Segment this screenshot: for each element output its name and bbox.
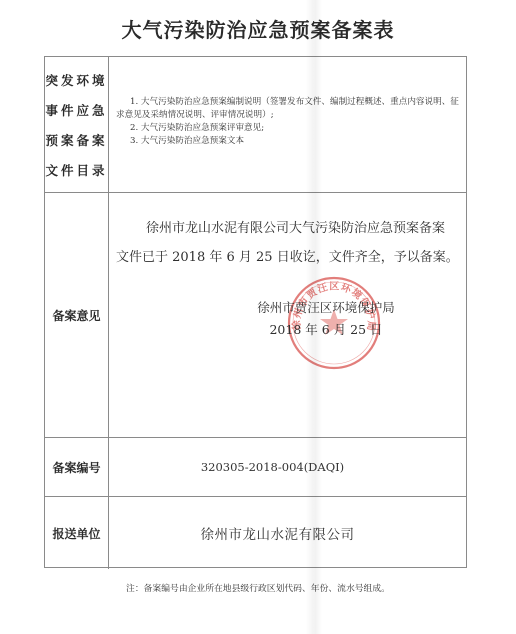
filing-number-value: 320305-2018-004(DAQI): [201, 460, 344, 474]
signature-org: 徐州市贾汪区环境保护局: [241, 297, 411, 319]
label-filing-opinion: 备案意见: [45, 193, 109, 437]
footnote: 注：备案编号由企业所在地县级行政区划代码、年份、流水号组成。: [0, 581, 516, 594]
signature-block: 徐州市贾汪区环境保护局 2018 年 6 月 25 日: [241, 297, 411, 341]
directory-item: 2. 大气污染防治应急预案评审意见;: [116, 122, 460, 135]
label-document-directory: 突发环境 事件应急 预案备案 文件目录: [45, 57, 109, 192]
label-line: 事件应急: [45, 101, 107, 119]
row-document-directory: 突发环境 事件应急 预案备案 文件目录 1. 大气污染防治应急预案编制说明（签署…: [45, 57, 466, 193]
content-filing-number: 320305-2018-004(DAQI): [109, 438, 466, 496]
label-line: 突发环境: [45, 71, 107, 89]
row-filing-number: 备案编号 320305-2018-004(DAQI): [45, 438, 466, 497]
row-submitting-unit: 报送单位 徐州市龙山水泥有限公司: [45, 497, 466, 569]
content-filing-opinion: 徐州市龙山水泥有限公司大气污染防治应急预案备案 文件已于 2018 年 6 月 …: [109, 193, 466, 437]
document-title: 大气污染防治应急预案备案表: [0, 14, 516, 43]
directory-item: 1. 大气污染防治应急预案编制说明（签署发布文件、编制过程概述、重点内容说明、征…: [116, 96, 460, 122]
label-filing-number: 备案编号: [45, 438, 109, 496]
submitting-unit-value: 徐州市龙山水泥有限公司: [201, 527, 355, 543]
opinion-line: 文件已于 2018 年 6 月 25 日收讫，文件齐全，予以备案。: [116, 243, 462, 272]
row-filing-opinion: 备案意见 徐州市龙山水泥有限公司大气污染防治应急预案备案 文件已于 2018 年…: [45, 193, 466, 438]
submitting-unit-wrap: 徐州市龙山水泥有限公司: [109, 523, 466, 543]
content-document-directory: 1. 大气污染防治应急预案编制说明（签署发布文件、编制过程概述、重点内容说明、征…: [109, 57, 466, 192]
directory-list: 1. 大气污染防治应急预案编制说明（签署发布文件、编制过程概述、重点内容说明、征…: [116, 96, 460, 148]
filing-number-wrap: 320305-2018-004(DAQI): [109, 460, 466, 474]
label-line: 预案备案: [45, 131, 107, 149]
directory-item: 3. 大气污染防治应急预案文本: [116, 135, 460, 148]
label-line: 文件目录: [45, 161, 107, 179]
opinion-line: 徐州市龙山水泥有限公司大气污染防治应急预案备案: [116, 214, 462, 243]
signature-date: 2018 年 6 月 25 日: [241, 319, 411, 341]
opinion-text: 徐州市龙山水泥有限公司大气污染防治应急预案备案 文件已于 2018 年 6 月 …: [116, 214, 462, 272]
filing-form-table: 突发环境 事件应急 预案备案 文件目录 1. 大气污染防治应急预案编制说明（签署…: [44, 56, 467, 568]
content-submitting-unit: 徐州市龙山水泥有限公司: [109, 497, 466, 569]
label-submitting-unit: 报送单位: [45, 497, 109, 569]
